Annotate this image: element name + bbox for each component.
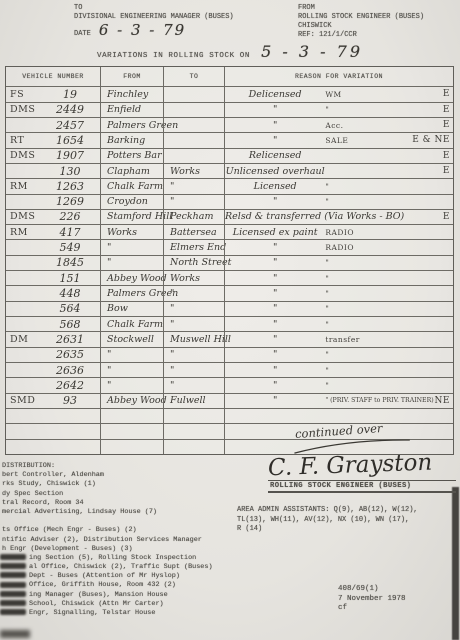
table-row: 564Bow""" [6, 301, 453, 316]
admin-assistants-line: AREA ADMIN ASSISTANTS: Q(9), AB(12), W(1… [237, 506, 455, 516]
vehicle-number: 2457 [40, 119, 100, 132]
vehicle-number: 2636 [40, 364, 100, 377]
vehicle-number: 151 [40, 272, 100, 285]
vehicle-number: 448 [40, 287, 100, 300]
vehicle-number: 568 [40, 318, 100, 331]
cell-vehicle-number [6, 440, 100, 454]
ink-smudge-artifact [0, 554, 26, 560]
admin-assistants-line: TL(13), WH(11), AV(12), NX (10), WN (17)… [237, 516, 455, 526]
header-to-block: TO DIVISIONAL ENGINEERING MANAGER (BUSES… [74, 4, 274, 39]
reason-text: Unlicensed overhaul [225, 166, 325, 177]
cell-from: Stockwell [100, 332, 163, 346]
table-row: 2457Palmers Green"Acc.E [6, 117, 453, 132]
cell-reason: Licensed" [224, 179, 453, 193]
reason-note: " [325, 258, 400, 267]
cell-vehicle-number [6, 409, 100, 423]
vehicle-prefix: RM [6, 181, 40, 192]
cell-reason: "SALEE & NE [224, 133, 453, 147]
cell-vehicle-number: DMS226 [6, 210, 100, 224]
title-text: VARIATIONS IN ROLLING STOCK ON [97, 52, 250, 60]
cell-to [163, 409, 224, 423]
distribution-line: ing Manager (Buses), Mansion House [2, 591, 332, 600]
cell-reason: "RADIO [224, 240, 453, 254]
table-row: 2636"""" [6, 362, 453, 377]
cell-vehicle-number: 2636 [6, 363, 100, 377]
col-header-vehicle-number: VEHICLE NUMBER [6, 67, 100, 86]
distribution-line-text: DISTRIBUTION: [2, 462, 55, 470]
reason-text: Licensed ex paint [225, 227, 325, 238]
table-row: 1845"North Street"" [6, 255, 453, 270]
cell-from: Potters Bar [100, 149, 163, 163]
distribution-line-text: bert Controller, Aldenham [2, 471, 104, 479]
cell-vehicle-number: 151 [6, 271, 100, 285]
cell-vehicle-number: 564 [6, 302, 100, 316]
cell-to: Works [163, 271, 224, 285]
cell-reason: Unlicensed overhaulE [224, 164, 453, 178]
cell-to [163, 149, 224, 163]
cell-to: " [163, 179, 224, 193]
signature-handwritten: C. F. Grayston [268, 449, 457, 482]
vehicle-prefix: SMD [6, 395, 40, 406]
distribution-line-text: rks Study, Chiswick (1) [2, 480, 96, 488]
cell-vehicle-number [6, 424, 100, 438]
ink-smudge-artifact [0, 572, 26, 578]
cell-from: Clapham [100, 164, 163, 178]
cell-vehicle-number: 1845 [6, 256, 100, 270]
reason-text: Relicensed [225, 150, 325, 161]
table-row: 2635"""" [6, 347, 453, 362]
reason-text: " [225, 303, 325, 314]
cell-to [163, 103, 224, 117]
cell-vehicle-number: FS19 [6, 87, 100, 101]
cell-from: Finchley [100, 87, 163, 101]
table-row: SMD93Abbey WoodFulwell"" (PRIV. STAFF to… [6, 393, 453, 408]
reason-code: E [401, 212, 453, 222]
from-value: ROLLING STOCK ENGINEER (BUSES) [298, 13, 458, 22]
cell-vehicle-number: RM1263 [6, 179, 100, 193]
reason-note: " [325, 289, 400, 298]
cell-from [100, 440, 163, 454]
reason-note: " [325, 350, 400, 359]
cell-to: " [163, 363, 224, 377]
ref-number: REF: 121/1/CCR [298, 31, 458, 40]
table-header-row: VEHICLE NUMBER FROM TO REASON FOR VARIAT… [6, 67, 453, 86]
cell-from: " [100, 378, 163, 392]
cell-from: " [100, 256, 163, 270]
distribution-line-text: Office, Griffith House, Room 432 (2) [29, 581, 176, 589]
cell-to: Battersea [163, 225, 224, 239]
table-row [6, 408, 453, 423]
cell-vehicle-number: 2642 [6, 378, 100, 392]
scan-edge-artifact [452, 487, 459, 640]
reason-text: " [225, 135, 325, 146]
vehicle-number: 1269 [40, 195, 100, 208]
title-date-handwritten: 5 - 3 - 79 [261, 42, 363, 61]
col-header-reason: REASON FOR VARIATION [224, 67, 453, 86]
table-row: DMS2449Enfield""E [6, 102, 453, 117]
reason-code: E [401, 166, 453, 176]
cell-from: Stamford Hill [100, 210, 163, 224]
reason-note: " [325, 105, 400, 114]
vehicle-number: 1845 [40, 256, 100, 269]
cell-from [100, 409, 163, 423]
cell-to: " [163, 378, 224, 392]
vehicle-prefix: DM [6, 334, 40, 345]
reason-note: " [325, 366, 400, 375]
reason-code: E & NE [401, 135, 453, 145]
reason-code: E [401, 105, 453, 115]
table-row: FS19FinchleyDelicensedWME [6, 86, 453, 101]
cell-reason [224, 409, 453, 423]
table-row: 130ClaphamWorksUnlicensed overhaulE [6, 163, 453, 178]
distribution-line-text: h Engr (Development - Buses) (3) [2, 545, 133, 553]
cell-reason: "" [224, 363, 453, 377]
distribution-line-text: al Office, Chiswick (2), Traffic Supt (B… [29, 563, 213, 571]
cell-to: " [163, 286, 224, 300]
cell-reason: "" [224, 271, 453, 285]
cell-reason: "" [224, 348, 453, 362]
reason-text: " [225, 365, 325, 376]
table-row: RM1263Chalk Farm"Licensed" [6, 178, 453, 193]
reason-code: E [401, 120, 453, 130]
cell-reason: "Acc.E [224, 118, 453, 132]
reason-note: RADIO [325, 228, 400, 237]
reason-code: E [401, 151, 453, 161]
cell-from: Palmers Green [100, 286, 163, 300]
cell-to: " [163, 317, 224, 331]
reason-note: Acc. [325, 121, 400, 130]
cell-from: Enfield [100, 103, 163, 117]
reason-code: NE [401, 396, 453, 406]
cell-to: " [163, 348, 224, 362]
reason-text: " [225, 380, 325, 391]
footer-date: 7 November 1978 [338, 595, 406, 605]
ink-smudge-artifact [0, 600, 26, 606]
reason-note: WM [325, 90, 400, 99]
cell-reason: "" [224, 256, 453, 270]
variations-table: VEHICLE NUMBER FROM TO REASON FOR VARIAT… [5, 66, 454, 455]
vehicle-number: 417 [40, 226, 100, 239]
cell-from: Croydon [100, 195, 163, 209]
table-row: 2642"""" [6, 377, 453, 392]
cell-from [100, 424, 163, 438]
cell-vehicle-number: RT1654 [6, 133, 100, 147]
cell-vehicle-number: 2457 [6, 118, 100, 132]
scan-corner-smudge [0, 630, 30, 638]
table-row: RM417WorksBatterseaLicensed ex paintRADI… [6, 224, 453, 239]
reason-text: " [225, 257, 325, 268]
admin-assistants-block: AREA ADMIN ASSISTANTS: Q(9), AB(12), W(1… [237, 506, 455, 535]
distribution-line-text: ing Manager (Buses), Mansion House [29, 591, 168, 599]
distribution-line-text: School, Chiswick (Attn Mr Carter) [29, 600, 164, 608]
reason-note: " [325, 197, 400, 206]
reason-note: " [325, 304, 400, 313]
ink-smudge-artifact [0, 591, 26, 597]
vehicle-number: 93 [40, 394, 100, 407]
cell-to: Fulwell [163, 394, 224, 408]
reason-text: " [225, 196, 325, 207]
reason-note: " [325, 320, 400, 329]
cell-from: Barking [100, 133, 163, 147]
cell-reason: "" [224, 286, 453, 300]
col-header-from: FROM [100, 67, 163, 86]
table-row: 568Chalk Farm""" [6, 316, 453, 331]
cell-to [163, 118, 224, 132]
reason-text: " [225, 319, 325, 330]
cell-to [163, 133, 224, 147]
distribution-line: Office, Griffith House, Room 432 (2) [2, 581, 332, 590]
vehicle-number: 1654 [40, 134, 100, 147]
reason-note: SALE [325, 136, 400, 145]
cell-from: Chalk Farm [100, 179, 163, 193]
table-row: DMS1907Potters BarRelicensedE [6, 148, 453, 163]
reason-text: Licensed [225, 181, 325, 192]
distribution-line-text: Engr, Signalling, Telstar House [29, 609, 155, 617]
cell-from: " [100, 240, 163, 254]
vehicle-prefix: RM [6, 227, 40, 238]
ink-smudge-artifact [0, 563, 26, 569]
distribution-line-text: tral Record, Room 34 [2, 499, 84, 507]
distribution-line-text: ntific Adviser (2), Distribution Service… [2, 536, 202, 544]
table-row: 151Abbey WoodWorks"" [6, 270, 453, 285]
cell-from: " [100, 348, 163, 362]
cell-vehicle-number: 568 [6, 317, 100, 331]
cell-vehicle-number: 130 [6, 164, 100, 178]
cell-reason: "" [224, 317, 453, 331]
cell-vehicle-number: 1269 [6, 195, 100, 209]
cell-vehicle-number: SMD93 [6, 394, 100, 408]
vehicle-number: 2449 [40, 103, 100, 116]
table-row: DM2631StockwellMuswell Hill"transfer [6, 331, 453, 346]
distribution-line: Engr, Signalling, Telstar House [2, 609, 332, 618]
vehicle-number: 1907 [40, 149, 100, 162]
cell-vehicle-number: 2635 [6, 348, 100, 362]
vehicle-prefix: RT [6, 135, 40, 146]
vehicle-number: 549 [40, 241, 100, 254]
table-row: 549"Elmers End"RADIO [6, 239, 453, 254]
distribution-line: h Engr (Development - Buses) (3) [2, 545, 332, 554]
cell-reason: "" [224, 302, 453, 316]
reason-text: Relsd & transferred (Via Works - BO) [225, 211, 325, 222]
vehicle-number: 1263 [40, 180, 100, 193]
footer-reference: 408/69(1) 7 November 1978 cf [338, 585, 406, 614]
cell-to [163, 87, 224, 101]
cell-to: " [163, 195, 224, 209]
cell-from: Abbey Wood [100, 271, 163, 285]
reason-text: " [225, 349, 325, 360]
from-location: CHISWICK [298, 22, 458, 31]
cell-to [163, 424, 224, 438]
distribution-line: School, Chiswick (Attn Mr Carter) [2, 600, 332, 609]
vehicle-prefix: DMS [6, 211, 40, 222]
reason-note: " (PRIV. STAFF to PRIV. TRAINER) [325, 397, 400, 404]
reason-note: transfer [325, 335, 400, 344]
reason-note: " [325, 182, 400, 191]
cell-vehicle-number: 448 [6, 286, 100, 300]
vehicle-number: 226 [40, 210, 100, 223]
cell-reason: Relsd & transferred (Via Works - BO)E [224, 210, 453, 224]
cell-reason: "transfer [224, 332, 453, 346]
to-label: TO [74, 4, 274, 13]
distribution-line: ing Section (5), Rolling Stock Inspectio… [2, 554, 332, 563]
distribution-line: al Office, Chiswick (2), Traffic Supt (B… [2, 563, 332, 572]
reason-text: " [225, 120, 325, 131]
table-row: 448Palmers Green""" [6, 285, 453, 300]
cell-reason: "" [224, 195, 453, 209]
cell-reason: Licensed ex paintRADIO [224, 225, 453, 239]
cell-from: " [100, 363, 163, 377]
distribution-line: ntific Adviser (2), Distribution Service… [2, 536, 332, 545]
vehicle-number: 19 [40, 88, 100, 101]
date-handwritten: 6 - 3 - 79 [99, 26, 186, 35]
cell-vehicle-number: DM2631 [6, 332, 100, 346]
distribution-line-text: mercial Advertising, Lindsay House (7) [2, 508, 157, 516]
cell-from: Chalk Farm [100, 317, 163, 331]
cell-from: Works [100, 225, 163, 239]
reason-note: RADIO [325, 243, 400, 252]
vehicle-prefix: FS [6, 89, 40, 100]
footer-ref-number: 408/69(1) [338, 585, 406, 595]
from-label: FROM [298, 4, 458, 13]
vehicle-number: 2635 [40, 348, 100, 361]
reason-note: " [325, 274, 400, 283]
cell-reason: RelicensedE [224, 149, 453, 163]
reason-text: " [225, 242, 325, 253]
table-row: RT1654Barking"SALEE & NE [6, 132, 453, 147]
reason-code: E [401, 89, 453, 99]
col-header-to: TO [163, 67, 224, 86]
reason-text: " [225, 104, 325, 115]
vehicle-number: 130 [40, 165, 100, 178]
footer-initials: cf [338, 604, 406, 614]
distribution-line-text: ts Office (Mech Engr - Buses) (2) [2, 526, 137, 534]
vehicle-number: 2642 [40, 379, 100, 392]
ink-smudge-artifact [0, 582, 26, 588]
cell-vehicle-number: DMS2449 [6, 103, 100, 117]
cell-to: Muswell Hill [163, 332, 224, 346]
date-label: DATE [74, 30, 91, 39]
cell-reason: "" [224, 378, 453, 392]
vehicle-number: 564 [40, 302, 100, 315]
vehicle-prefix: DMS [6, 150, 40, 161]
reason-text: " [225, 334, 325, 345]
cell-to: Elmers End [163, 240, 224, 254]
scanned-memo-page: TO DIVISIONAL ENGINEERING MANAGER (BUSES… [0, 0, 460, 640]
reason-note: " [325, 381, 400, 390]
cell-to: Peckham [163, 210, 224, 224]
vehicle-prefix: DMS [6, 104, 40, 115]
reason-text: " [225, 273, 325, 284]
cell-vehicle-number: RM417 [6, 225, 100, 239]
cell-from: Palmers Green [100, 118, 163, 132]
cell-to [163, 440, 224, 454]
cell-from: Bow [100, 302, 163, 316]
cell-from: Abbey Wood [100, 394, 163, 408]
cell-reason: "" (PRIV. STAFF to PRIV. TRAINER)NE [224, 394, 453, 408]
cell-to: North Street [163, 256, 224, 270]
table-row: 1269Croydon""" [6, 194, 453, 209]
vehicle-number: 2631 [40, 333, 100, 346]
header-from-block: FROM ROLLING STOCK ENGINEER (BUSES) CHIS… [298, 4, 458, 40]
distribution-line-text: ing Section (5), Rolling Stock Inspectio… [29, 554, 196, 562]
cell-reason: ""E [224, 103, 453, 117]
ink-smudge-artifact [0, 609, 26, 615]
cell-reason: DelicensedWME [224, 87, 453, 101]
reason-text: " [225, 288, 325, 299]
cell-vehicle-number: 549 [6, 240, 100, 254]
reason-text: Delicensed [225, 89, 325, 100]
signature-title: ROLLING STOCK ENGINEER (BUSES) [268, 480, 456, 493]
admin-assistants-line: R (14) [237, 525, 455, 535]
signature-block: C. F. Grayston ROLLING STOCK ENGINEER (B… [268, 452, 456, 493]
table-row: DMS226Stamford HillPeckhamRelsd & transf… [6, 209, 453, 224]
reason-text: " [225, 395, 325, 406]
cell-to: Works [163, 164, 224, 178]
cell-to: " [163, 302, 224, 316]
document-title: VARIATIONS IN ROLLING STOCK ON 5 - 3 - 7… [0, 42, 460, 61]
distribution-line-text: Dept - Buses (Attention of Mr Hyslop) [29, 572, 180, 580]
cell-vehicle-number: DMS1907 [6, 149, 100, 163]
distribution-line-text: dy Spec Section [2, 490, 63, 498]
